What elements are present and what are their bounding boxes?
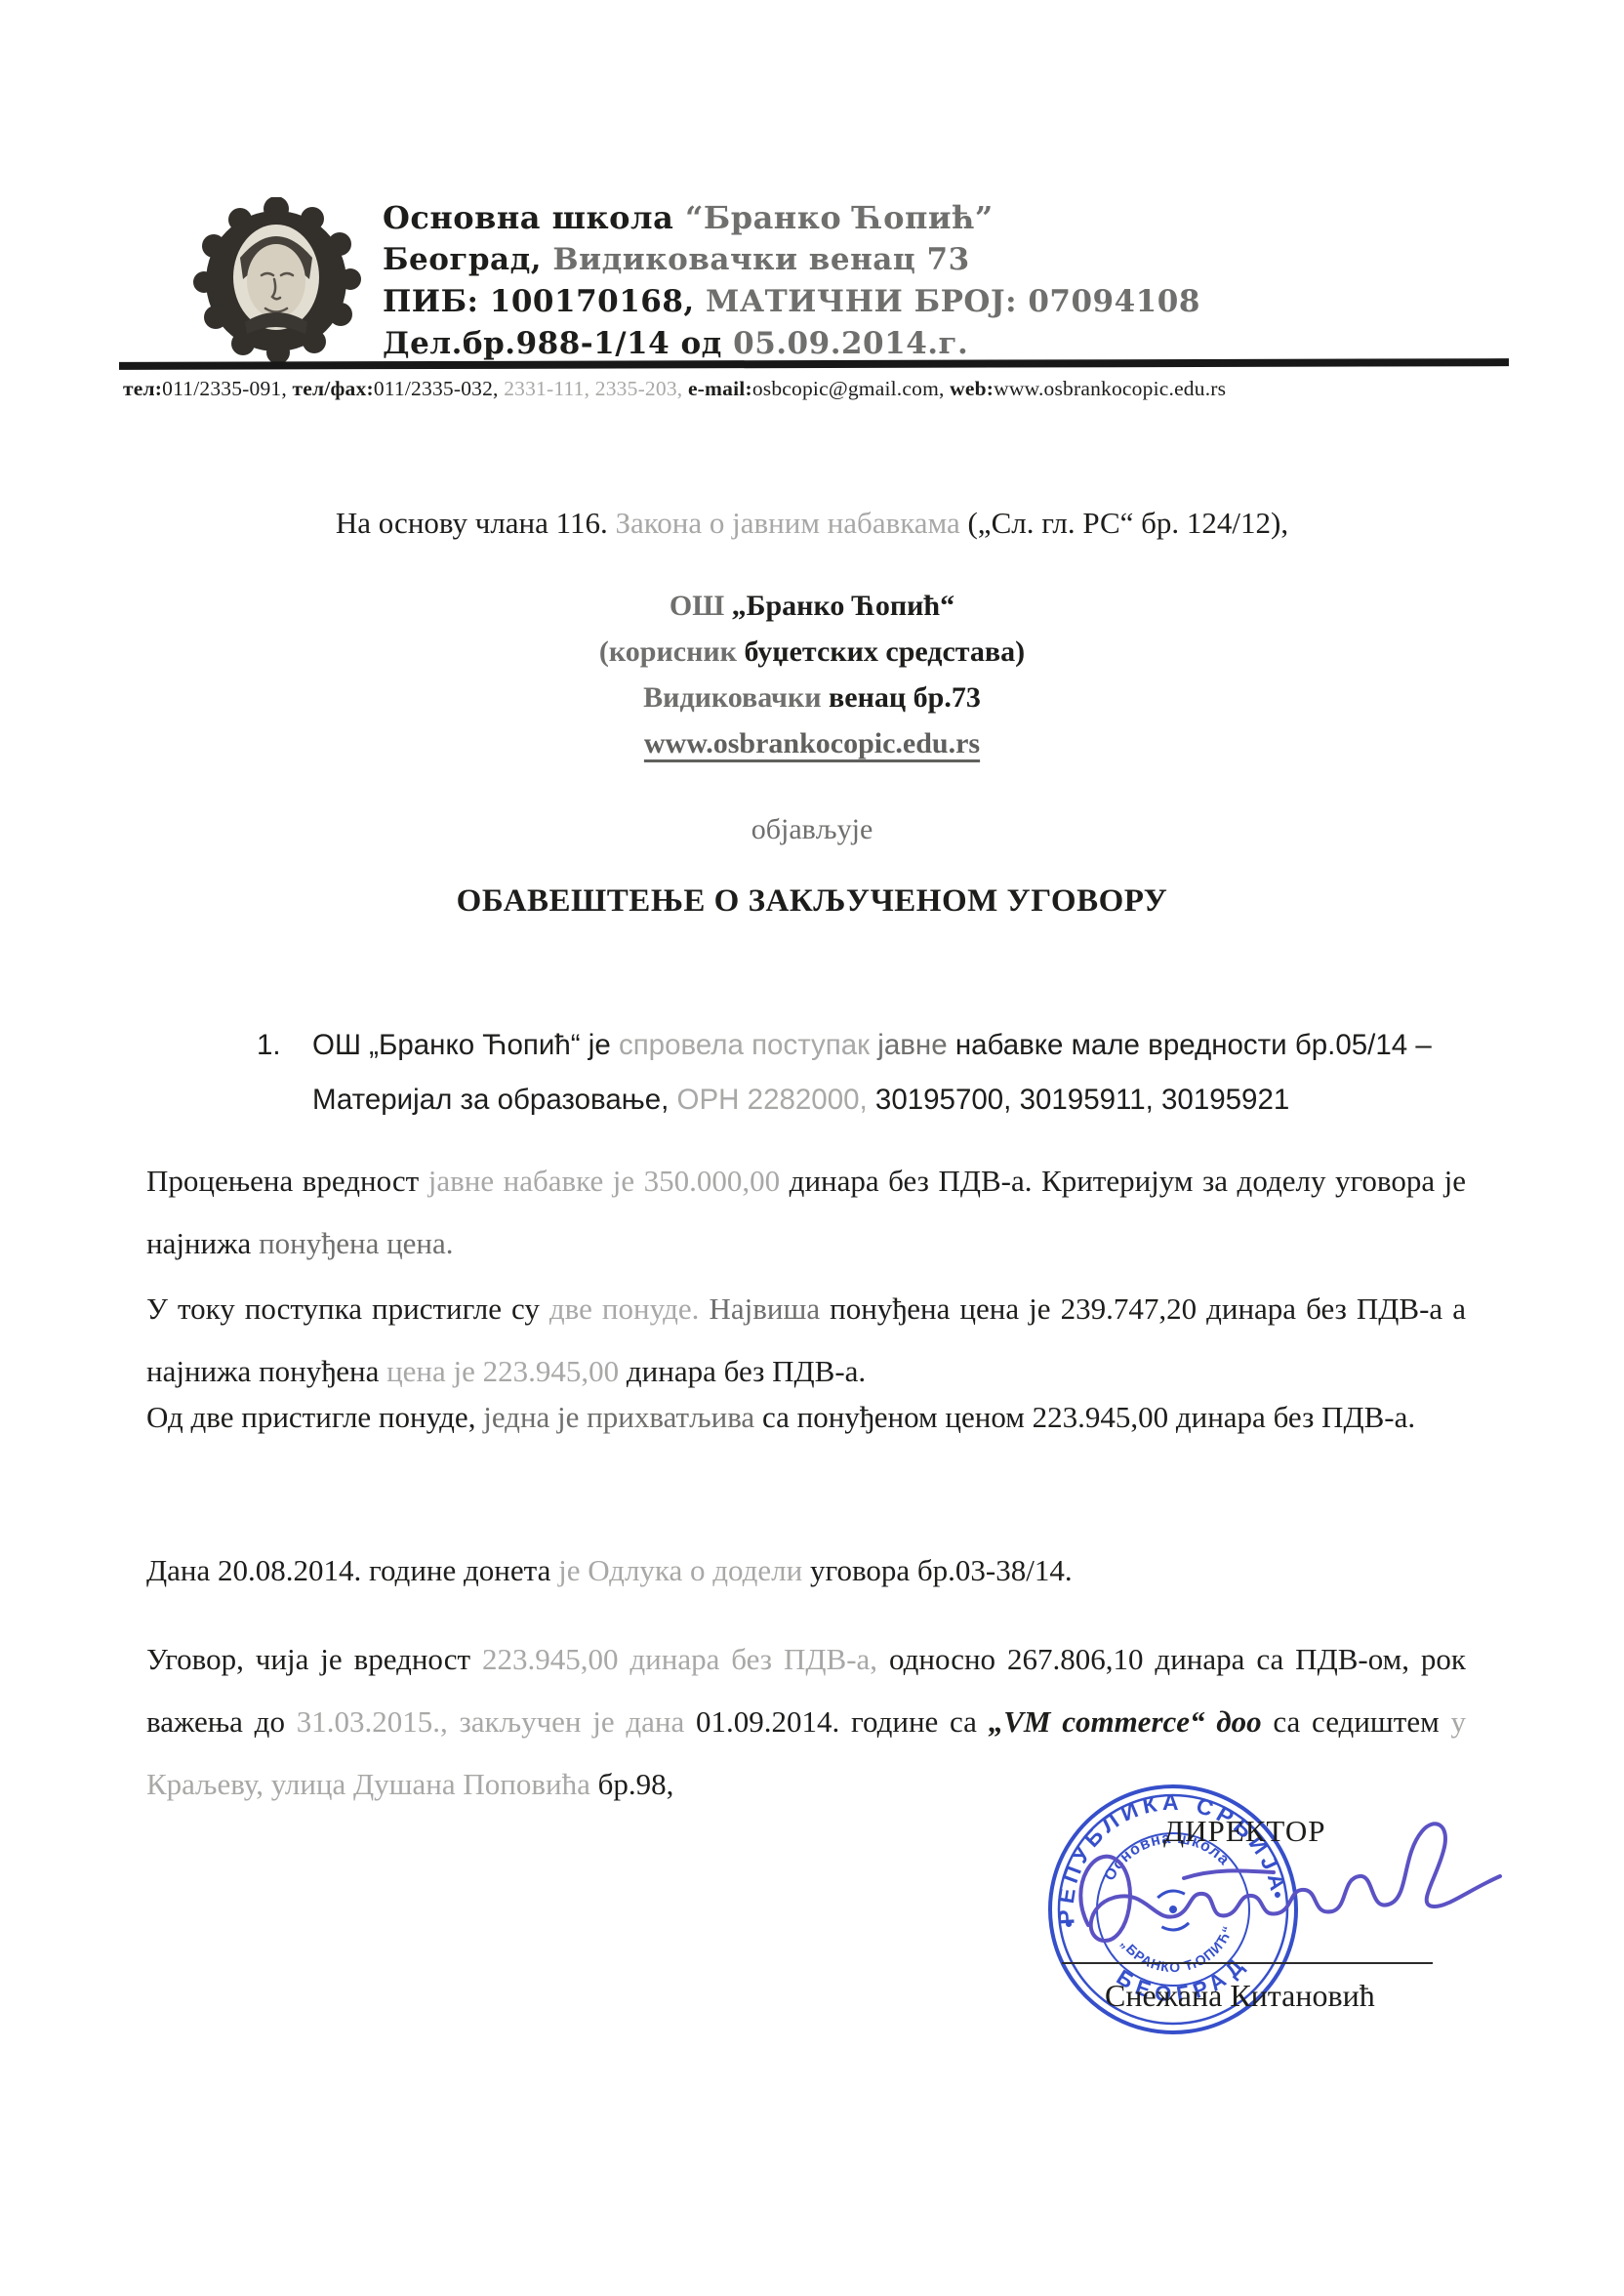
letterhead-address: Београд, Видиковачки венац 73 bbox=[383, 239, 1359, 281]
procurement-item-1: 1. ОШ „Бранко Ћопић“ је спровела поступа… bbox=[257, 1018, 1452, 1127]
letterhead-school-name: Основна школа “Бранко Ћопић” bbox=[383, 197, 1359, 239]
letterhead-pib-line: ПИБ: 100170168, МАТИЧНИ БРОЈ: 07094108 bbox=[383, 281, 1359, 323]
issuer-block: ОШ „Бранко Ћопић“ (корисник буџетских ср… bbox=[0, 583, 1624, 766]
paragraph-received-offers: У току поступка пристигле су две понуде.… bbox=[146, 1278, 1466, 1403]
scanned-document-page: Основна школа “Бранко Ћопић” Београд, Ви… bbox=[0, 0, 1624, 2296]
letterhead: Основна школа “Бранко Ћопић” Београд, Ви… bbox=[383, 197, 1359, 365]
item-number: 1. bbox=[257, 1018, 312, 1127]
issuer-school-name: ОШ „Бранко Ћопић“ bbox=[0, 583, 1624, 629]
paragraph-award-decision: Дана 20.08.2014. године донета је Одлука… bbox=[146, 1539, 1466, 1602]
contact-info-line: тел:011/2335-091, тел/фах:011/2335-032, … bbox=[123, 374, 1519, 403]
document-title: ОБАВЕШТЕЊЕ О ЗАКЉУЧЕНОМ УГОВОРУ bbox=[0, 883, 1624, 920]
paragraph-acceptable-offer: Од две пристигле понуде, једна је прихва… bbox=[146, 1386, 1466, 1449]
issuer-website-link: www.osbrankocopic.edu.rs bbox=[0, 720, 1624, 766]
legal-basis-line: На основу члана 116. Закона о јавним наб… bbox=[0, 506, 1624, 541]
issuer-budget-user: (корисник буџетских средстава) bbox=[0, 629, 1624, 675]
school-portrait-emblem-icon bbox=[191, 197, 361, 369]
issuer-address: Видиковачки венац бр.73 bbox=[0, 675, 1624, 720]
paragraph-estimated-value: Процењена вредност јавне набавке је 350.… bbox=[146, 1150, 1466, 1275]
publishes-line: објављује bbox=[0, 813, 1624, 846]
director-signature bbox=[1059, 1808, 1527, 1979]
director-name: Снежана Китановић bbox=[1105, 1978, 1375, 2014]
item-text: ОШ „Бранко Ћопић“ је спровела поступак ј… bbox=[312, 1018, 1452, 1127]
